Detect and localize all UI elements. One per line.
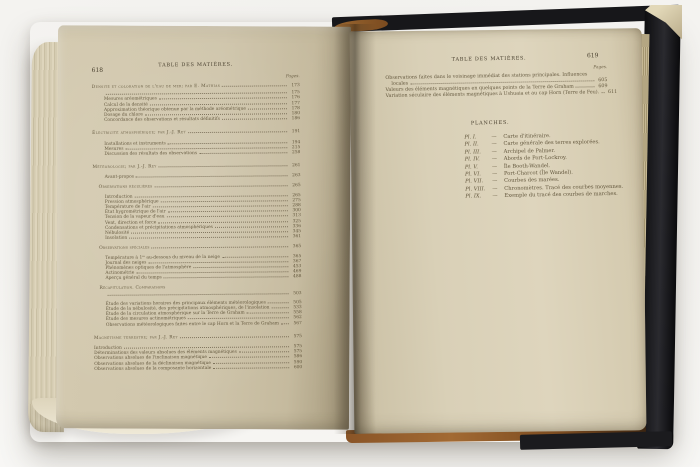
dot-leader — [136, 176, 288, 178]
dot-leader — [248, 108, 287, 109]
toc-entry-page: 611 — [606, 90, 617, 96]
dot-leader — [148, 261, 288, 263]
toc-entry-page: 600 — [291, 365, 302, 370]
toc-entry-label: Électricité atmosphérique; par J.-J. Rey — [92, 130, 186, 136]
dot-leader — [213, 367, 289, 369]
left-pages-column-label: Pages. — [92, 73, 300, 80]
dot-leader — [213, 362, 289, 364]
toc-entry: Observations météorologiques faites entr… — [94, 321, 302, 328]
toc-entry: Insolation361 — [93, 234, 301, 241]
plate-dash: — — [492, 193, 504, 201]
left-running-title: TABLE DES MATIÈRES. — [92, 61, 300, 69]
dot-leader — [125, 147, 287, 149]
plate-title: Exemple du tracé des courbes de marches. — [504, 191, 618, 200]
toc-entry: Aperçu général du temps488 — [93, 274, 301, 281]
right-page-print: 619 TABLE DES MATIÈRES. Pages. Observati… — [350, 28, 647, 434]
dot-leader — [168, 210, 288, 212]
toc-entry: Observations absolues de la composante h… — [94, 365, 302, 372]
right-pages-column-label: Pages. — [385, 64, 607, 73]
dot-leader — [268, 302, 289, 303]
right-toc-list: Observations faites dans le voisinage im… — [385, 72, 607, 100]
toc-entry-page: 567 — [291, 321, 302, 326]
toc-entry-page: 186 — [289, 116, 300, 121]
dot-leader — [161, 200, 288, 202]
toc-entry-page: 261 — [289, 163, 300, 168]
dot-leader — [247, 312, 289, 313]
toc-entry-label: Densité et coloration de l'eau de mer; p… — [92, 84, 220, 90]
right-page: 619 TABLE DES MATIÈRES. Pages. Observati… — [350, 28, 647, 434]
dot-leader — [152, 247, 289, 249]
toc-entry-label: Météorologie; par J.-J. Rey — [92, 164, 156, 170]
dot-leader — [222, 118, 287, 120]
toc-entry-label: Aperçu général du temps — [105, 276, 161, 282]
toc-entry: Électricité atmosphérique; par J.-J. Rey… — [92, 129, 300, 136]
dot-leader — [271, 307, 288, 308]
dot-leader — [135, 195, 288, 197]
dot-leader — [153, 205, 288, 207]
dot-leader — [145, 113, 287, 115]
toc-entry: Densité et coloration de l'eau de mer; p… — [92, 83, 300, 90]
dot-leader — [150, 103, 287, 105]
dot-leader — [168, 142, 288, 144]
dot-leader — [239, 351, 289, 352]
toc-entry: 503 — [94, 291, 302, 298]
dot-leader — [209, 357, 289, 359]
dot-leader — [165, 288, 290, 289]
dot-leader — [180, 336, 289, 338]
toc-entry-label: Discussion des résultats des observation… — [104, 151, 197, 157]
left-toc-list: Densité et coloration de l'eau de mer; p… — [92, 83, 302, 372]
dot-leader — [159, 98, 287, 100]
toc-entry-label: Récapitulation. Comparaisons — [100, 286, 166, 292]
toc-entry-page: 258 — [289, 150, 300, 155]
toc-entry-label: Observations météorologiques faites entr… — [106, 321, 279, 328]
toc-entry-page: 361 — [290, 234, 301, 239]
toc-entry-page: 575 — [291, 334, 302, 339]
dot-leader — [154, 186, 287, 188]
toc-entry-label: Observations spéciales — [99, 246, 149, 252]
plate-entry: Pl. IX.—Exemple du tracé des courbes de … — [465, 191, 635, 201]
dot-leader — [124, 346, 289, 348]
toc-entry-label: Concordance des observations et résultat… — [104, 117, 220, 123]
toc-entry-page: 265 — [290, 184, 301, 189]
toc-entry: Météorologie; par J.-J. Rey261 — [92, 163, 300, 170]
toc-entry-label: Insolation — [105, 236, 127, 241]
plate-number: Pl. IX. — [465, 193, 492, 201]
dot-leader — [215, 226, 288, 228]
toc-entry: Observations régulières265 — [93, 184, 301, 191]
right-page-number: 619 — [587, 52, 599, 59]
toc-entry-page: 191 — [289, 129, 300, 134]
dot-leader — [136, 271, 288, 273]
dot-leader — [106, 92, 287, 95]
toc-entry-label: Avant-propos — [105, 175, 134, 180]
dot-leader — [281, 323, 289, 324]
dot-leader — [188, 318, 289, 320]
dot-leader — [129, 236, 288, 238]
dot-leader — [131, 231, 288, 233]
left-page: 618 TABLE DES MATIÈRES. Pages. Densité e… — [56, 25, 351, 430]
toc-entry-page: 263 — [290, 173, 301, 178]
plates-heading: PLANCHES. — [410, 119, 570, 128]
right-running-title: TABLE DES MATIÈRES. — [409, 55, 569, 64]
toc-entry: Concordance des observations et résultat… — [92, 116, 300, 123]
dot-leader — [188, 132, 287, 134]
photo-of-open-book: 618 TABLE DES MATIÈRES. Pages. Densité e… — [0, 0, 700, 467]
left-page-print: 618 TABLE DES MATIÈRES. Pages. Densité e… — [56, 25, 351, 430]
toc-entry: Discussion des résultats des observation… — [92, 150, 300, 157]
toc-entry: Avant-propos263 — [93, 173, 301, 180]
dot-leader — [158, 221, 288, 223]
toc-entry-label: Observations absolues de la composante h… — [94, 366, 211, 372]
dot-leader — [199, 152, 287, 154]
toc-entry: Observations spéciales365 — [93, 244, 301, 251]
toc-entry-page: 173 — [289, 83, 300, 88]
dot-leader — [222, 85, 287, 87]
dot-leader — [159, 165, 288, 167]
dot-leader — [164, 277, 289, 279]
dot-leader — [167, 216, 288, 218]
toc-entry-page: 488 — [290, 274, 301, 279]
dot-leader — [222, 256, 288, 258]
toc-entry: Magnétisme terrestre; par J.-J. Rey575 — [94, 334, 302, 341]
toc-entry-page: 365 — [290, 244, 301, 249]
toc-entry-page: 503 — [291, 291, 302, 296]
dot-leader — [601, 92, 604, 93]
dot-leader — [108, 293, 289, 296]
dot-leader — [576, 86, 595, 87]
plates-list: Pl. I.—Carte d'itinéraire.Pl. II.—Carte … — [464, 132, 635, 201]
toc-entry-label: Observations régulières — [99, 185, 153, 191]
toc-entry-label: Magnétisme terrestre; par J.-J. Rey — [94, 335, 178, 341]
dot-leader — [193, 266, 288, 268]
